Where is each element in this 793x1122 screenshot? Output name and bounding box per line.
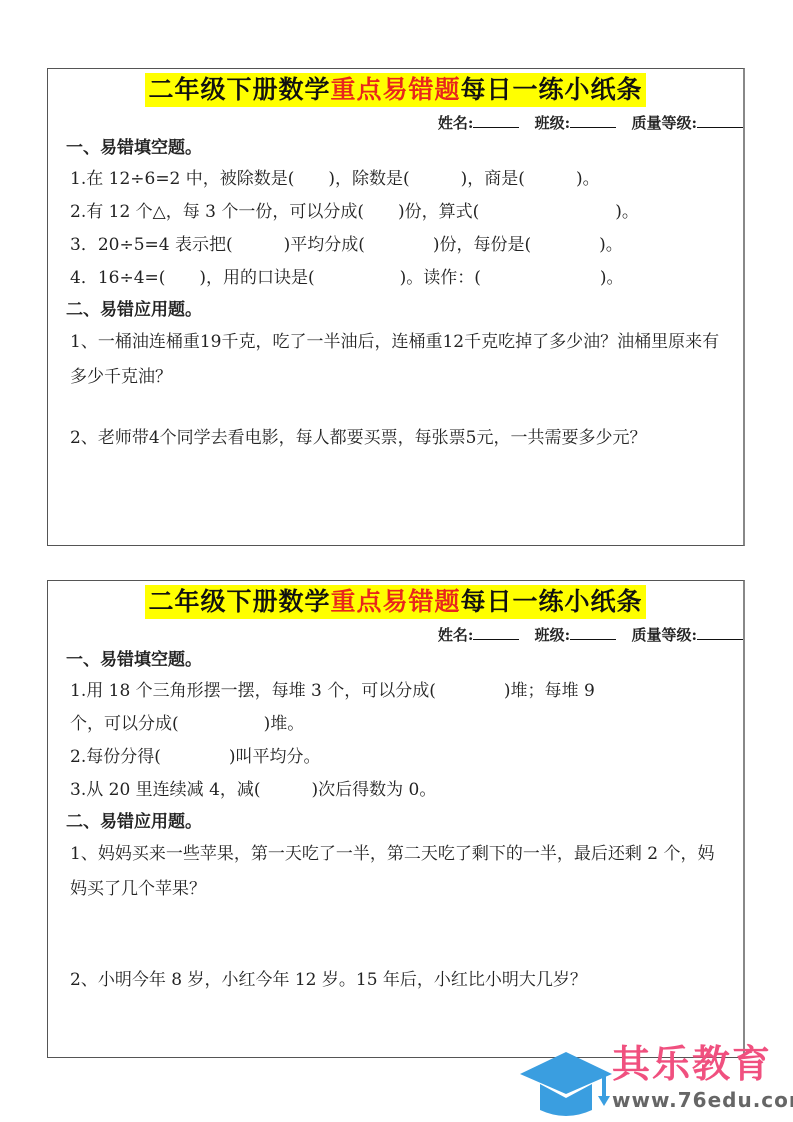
fill-question-2: 2.有 12 个△，每 3 个一份，可以分成( )份，算式( )。 <box>48 196 743 229</box>
fill-question-3: 3.从 20 里连续减 4，减( )次后得数为 0。 <box>48 774 743 807</box>
fill-question-1: 1.用 18 个三角形摆一摆，每堆 3 个，可以分成( )堆；每堆 9 <box>48 675 743 708</box>
watermark-logo: 其乐教育 www.76edu.com <box>510 1040 793 1122</box>
grade-field[interactable] <box>697 113 743 128</box>
brand-name: 其乐教育 <box>612 1040 772 1088</box>
section-heading-applied: 二、易错应用题。 <box>48 295 743 325</box>
fill-question-1-cont: 个，可以分成( )堆。 <box>48 708 743 741</box>
section-heading-fill: 一、易错填空题。 <box>48 645 743 675</box>
fill-question-2: 2.每份分得( )叫平均分。 <box>48 741 743 774</box>
applied-question-2: 2、小明今年 8 岁，小红今年 12 岁。15 年后，小红比小明大几岁？ <box>48 963 743 998</box>
fill-question-3: 3．20÷5=4 表示把( )平均分成( )份，每份是( )。 <box>48 229 743 262</box>
name-field[interactable] <box>473 113 519 128</box>
applied-question-1: 1、一桶油连桶重19千克，吃了一半油后，连桶重12千克吃掉了多少油？油桶里原来有… <box>48 325 743 395</box>
student-info: 姓名: 班级: 质量等级: <box>48 625 743 645</box>
section-heading-fill: 一、易错填空题。 <box>48 133 743 163</box>
fill-question-1: 1.在 12÷6=2 中，被除数是( )，除数是( )，商是( )。 <box>48 163 743 196</box>
worksheet-card-1: 二年级下册数学重点易错题每日一练小纸条 姓名: 班级: 质量等级: 一、易错填空… <box>47 68 745 546</box>
class-field[interactable] <box>570 625 616 640</box>
section-heading-applied: 二、易错应用题。 <box>48 807 743 837</box>
applied-question-1: 1、妈妈买来一些苹果，第一天吃了一半，第二天吃了剩下的一半，最后还剩 2 个，妈… <box>48 837 743 907</box>
brand-url: www.76edu.com <box>612 1088 793 1112</box>
grade-field[interactable] <box>697 625 743 640</box>
fill-question-4: 4．16÷4=( )，用的口诀是( )。读作：( )。 <box>48 262 743 295</box>
worksheet-title: 二年级下册数学重点易错题每日一练小纸条 <box>145 585 645 619</box>
student-info: 姓名: 班级: 质量等级: <box>48 113 743 133</box>
name-field[interactable] <box>473 625 519 640</box>
class-field[interactable] <box>570 113 616 128</box>
worksheet-title: 二年级下册数学重点易错题每日一练小纸条 <box>145 73 645 107</box>
applied-question-2: 2、老师带4个同学去看电影，每人都要买票，每张票5元，一共需要多少元？ <box>48 421 743 456</box>
graduation-cap-icon <box>518 1046 614 1118</box>
worksheet-card-2: 二年级下册数学重点易错题每日一练小纸条 姓名: 班级: 质量等级: 一、易错填空… <box>47 580 745 1058</box>
